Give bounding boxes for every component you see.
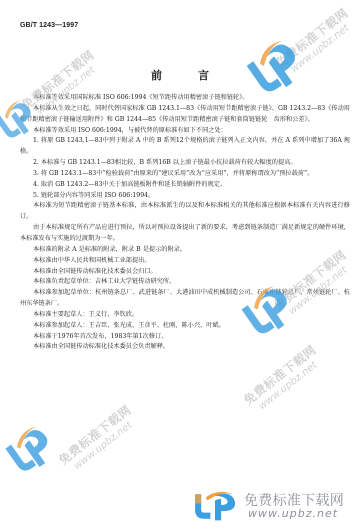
up-logo-icon xyxy=(4,425,56,475)
up-logo-icon xyxy=(192,488,238,522)
brand-url: www.upbz.net xyxy=(248,507,338,520)
title-char-1: 前 xyxy=(151,67,162,83)
footer-brand-logo: 免费标准下载网 www.upbz.net xyxy=(190,488,360,524)
paragraph: 本标准的附录 A 是标准的附录，附录 B 是提示的附录。 xyxy=(20,245,350,256)
foreword-body: 本标准等效采用国际标准 ISO 606:1994《短节距传动用精密滚子链和链轮》… xyxy=(20,93,350,353)
page-title: 前言 xyxy=(0,67,360,83)
paragraph: 本标准从生效之日起，同时代替国家标准 GB 1243.1—83《传动用短节距精密… xyxy=(20,104,350,126)
list-item: 1. 将原 GB 1243.1—83中列于附录 A 中的 B 系列12个规格的滚… xyxy=(20,136,350,158)
paragraph: 本标准由全国链传动标准化技术委员会负责解释。 xyxy=(20,342,350,353)
title-char-2: 言 xyxy=(198,67,209,83)
paragraph: 本标准参加起草人：王吉臣、张光成、王彦平、杜刚、陈小兴、叶斌。 xyxy=(20,321,350,332)
paragraph: 由于本标准规定所有产品应进行预拉，所以对预拉设备提出了新的要求，考虑到链条制造厂… xyxy=(20,223,350,245)
standard-number: GB/T 1243—1997 xyxy=(20,22,78,29)
paragraph: 本标准等效采用国际标准 ISO 606:1994《短节距传动用精密滚子链和链轮》… xyxy=(20,93,350,104)
paragraph: 本标准负责起草单位：吉林工业大学链传动研究所。 xyxy=(20,277,350,288)
paragraph: 本标准于1976年首次发布，1983年第1次修订。 xyxy=(20,332,350,343)
paragraph: 本标准参加起草单位：杭州链条总厂、武进链条厂、大港油田中成机械制造公司、石家庄链… xyxy=(20,288,350,310)
paragraph: 本标准主要起草人：王义行、李钦欣。 xyxy=(20,310,350,321)
list-item: 2. 本标准与 GB 1243.1—83相比较，B 系列16B 以上滚子链最小抗… xyxy=(20,158,350,169)
paragraph: 本标准由中华人民共和国机械工业部提出。 xyxy=(20,256,350,267)
list-item: 4. 取消 GB 1243.2—83中关于加高链板附件和延长销轴附件的规定。 xyxy=(20,180,350,191)
paragraph: 本标准由全国链传动标准化技术委员会归口。 xyxy=(20,267,350,278)
paragraph: 本标准等效采用 ISO 606:1994，与被代替的原标准有如下不同之处： xyxy=(20,126,350,137)
watermark-text: 免费标准下载网 www.upbz.net xyxy=(55,401,141,477)
list-item: 5. 链轮部分内容等同采用 ISO 606:1994。 xyxy=(20,191,350,202)
document-page: GB/T 1243—1997 前言 本标准等效采用国际标准 ISO 606:19… xyxy=(0,0,360,529)
paragraph: 本标准为短节距精密滚子链基本标准，由本标准派生的以及和本标准相关的其他标准应根据… xyxy=(20,201,350,223)
list-item: 3. 将 GB 1243.1—83中“检验载荷”由原来的“建议采用”改为“应采用… xyxy=(20,169,350,180)
